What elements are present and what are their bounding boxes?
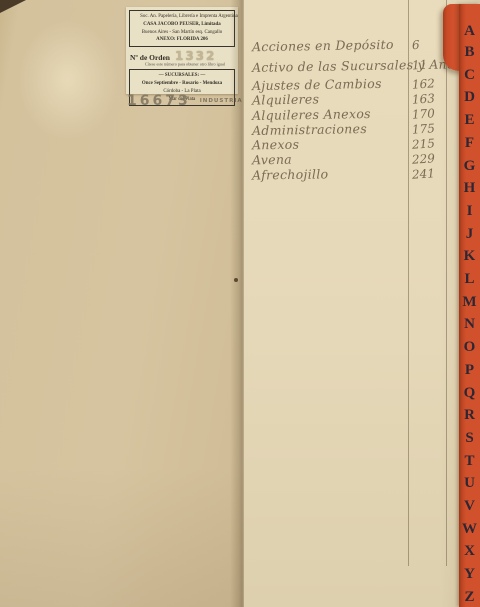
index-entry-page-number: 6 — [412, 38, 421, 52]
index-entry-label: Acciones en Depósito — [252, 37, 394, 54]
tab-letter-i: I — [459, 204, 480, 219]
tab-letter-p: P — [459, 363, 480, 378]
publisher-annex: ANEXO: FLORIDA 206 — [140, 37, 224, 43]
publisher-address: Buenos Aires - San Martín esq. Cangallo — [140, 29, 224, 35]
index-entry-label: Afrechojillo — [252, 166, 329, 182]
index-entry-page-number: 162 — [412, 76, 436, 92]
tab-letter-k: K — [459, 249, 480, 264]
index-entry-page-number: 170 — [412, 106, 436, 122]
tab-letter-z: Z — [459, 590, 480, 605]
index-entry-label: Alquileres — [252, 91, 320, 107]
order-number-row: Nº de Orden 1332 — [130, 49, 235, 63]
serial-number-stamp: 16673 — [127, 93, 191, 109]
tab-letter-q: Q — [459, 386, 480, 401]
paper-ghost-patch — [18, 20, 118, 140]
tab-letter-a: A — [459, 24, 480, 39]
index-entry-page-number: 175 — [412, 121, 436, 137]
index-entry-row: Afrechojillo241 — [252, 167, 444, 184]
tab-letter-u: U — [459, 476, 480, 491]
index-entry-page-number: 241 — [412, 166, 436, 182]
publisher-name: CASA JACOBO PEUSER, Limitada — [140, 21, 224, 27]
index-entry-page-number: 163 — [412, 91, 436, 107]
tab-letter-g: G — [459, 159, 480, 174]
index-entry-page-number: 229 — [412, 151, 436, 167]
tab-letter-f: F — [459, 136, 480, 151]
index-entry-label: Anexos — [252, 137, 300, 153]
branches-line-1: Once Septiembre - Rosario - Mendoza — [140, 81, 224, 87]
publisher-line: Soc. An. Papelería, Librería e Imprenta … — [140, 14, 224, 20]
order-number-value: 1332 — [175, 49, 216, 63]
tab-letter-j: J — [459, 227, 480, 242]
tab-letter-r: R — [459, 408, 480, 423]
tab-letter-d: D — [459, 90, 480, 105]
tab-letter-n: N — [459, 317, 480, 332]
tab-letter-s: S — [459, 431, 480, 446]
index-entry-page-number: 11 — [412, 57, 428, 72]
tab-letter-t: T — [459, 454, 480, 469]
tab-letter-v: V — [459, 499, 480, 514]
tab-letter-y: Y — [459, 567, 480, 582]
tab-letter-w: W — [459, 522, 480, 537]
index-entry-row: Acciones en Depósito6 — [252, 38, 444, 55]
page-column-rule-right — [446, 0, 447, 566]
tab-letter-h: H — [459, 181, 480, 196]
index-entry-label: Avena — [252, 152, 292, 168]
tab-letter-e: E — [459, 113, 480, 128]
order-number-label: Nº de Orden — [130, 53, 170, 62]
index-entry-page-number: 215 — [412, 136, 436, 152]
page-shading — [0, 467, 244, 607]
branches-title: — SUCURSALES: — — [140, 73, 224, 79]
tab-letter-m: M — [459, 295, 480, 310]
tab-letter-b: B — [459, 45, 480, 60]
tab-letter-x: X — [459, 544, 480, 559]
tab-letter-l: L — [459, 272, 480, 287]
index-entry-row: Activo de las Sucursales y Anexos11 — [252, 58, 444, 75]
index-entry-label: Administraciones — [252, 121, 367, 138]
tab-letter-c: C — [459, 68, 480, 83]
order-note: Cítese este número para obtener otro lib… — [145, 63, 219, 67]
publisher-info-box: Soc. An. Papelería, Librería e Imprenta … — [129, 10, 235, 47]
publisher-bookplate: Soc. An. Papelería, Librería e Imprenta … — [126, 7, 238, 94]
ledger-book-scan: Soc. An. Papelería, Librería e Imprenta … — [0, 0, 480, 607]
tab-letter-o: O — [459, 340, 480, 355]
